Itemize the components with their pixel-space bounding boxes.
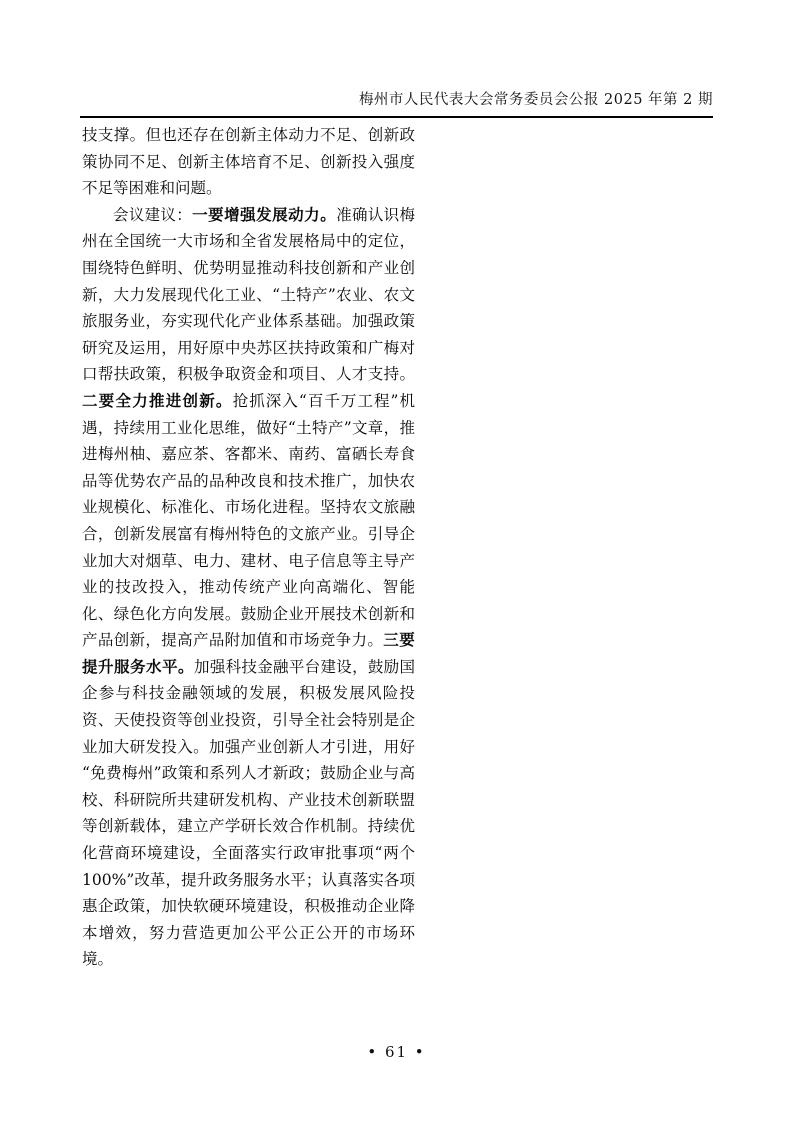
journal-running-header: 梅州市人民代表大会常务委员会公报 2025 年第 2 期	[359, 90, 713, 110]
point2-heading: 二要全力推进创新。	[82, 392, 233, 410]
paragraph-continuation: 技支撑。但也还存在创新主体动力不足、创新政策协同不足、创新主体培育不足、创新投入…	[82, 122, 415, 202]
point3-text: 加强科技金融平台建设，鼓励国企参与科技金融领域的发展，积极发展风险投资、天使投资…	[82, 658, 415, 969]
para2-intro: 会议建议：	[113, 206, 192, 224]
page-number: • 61 •	[0, 1043, 793, 1061]
header-rule	[80, 116, 713, 118]
point2-text: 抢抓深入“百千万工程”机遇，持续用工业化思维，做好“土特产”文章，推进梅州柚、嘉…	[82, 392, 415, 649]
point1-text: 准确认识梅州在全国统一大市场和全省发展格局中的定位，围绕特色鲜明、优势明显推动科…	[82, 206, 415, 384]
paragraph-recommendations: 会议建议：一要增强发展动力。准确认识梅州在全国统一大市场和全省发展格局中的定位，…	[82, 202, 415, 973]
point1-heading: 一要增强发展动力。	[192, 206, 336, 224]
article-body: 技支撑。但也还存在创新主体动力不足、创新政策协同不足、创新主体培育不足、创新投入…	[82, 122, 415, 973]
document-page: 梅州市人民代表大会常务委员会公报 2025 年第 2 期 技支撑。但也还存在创新…	[0, 0, 793, 1122]
